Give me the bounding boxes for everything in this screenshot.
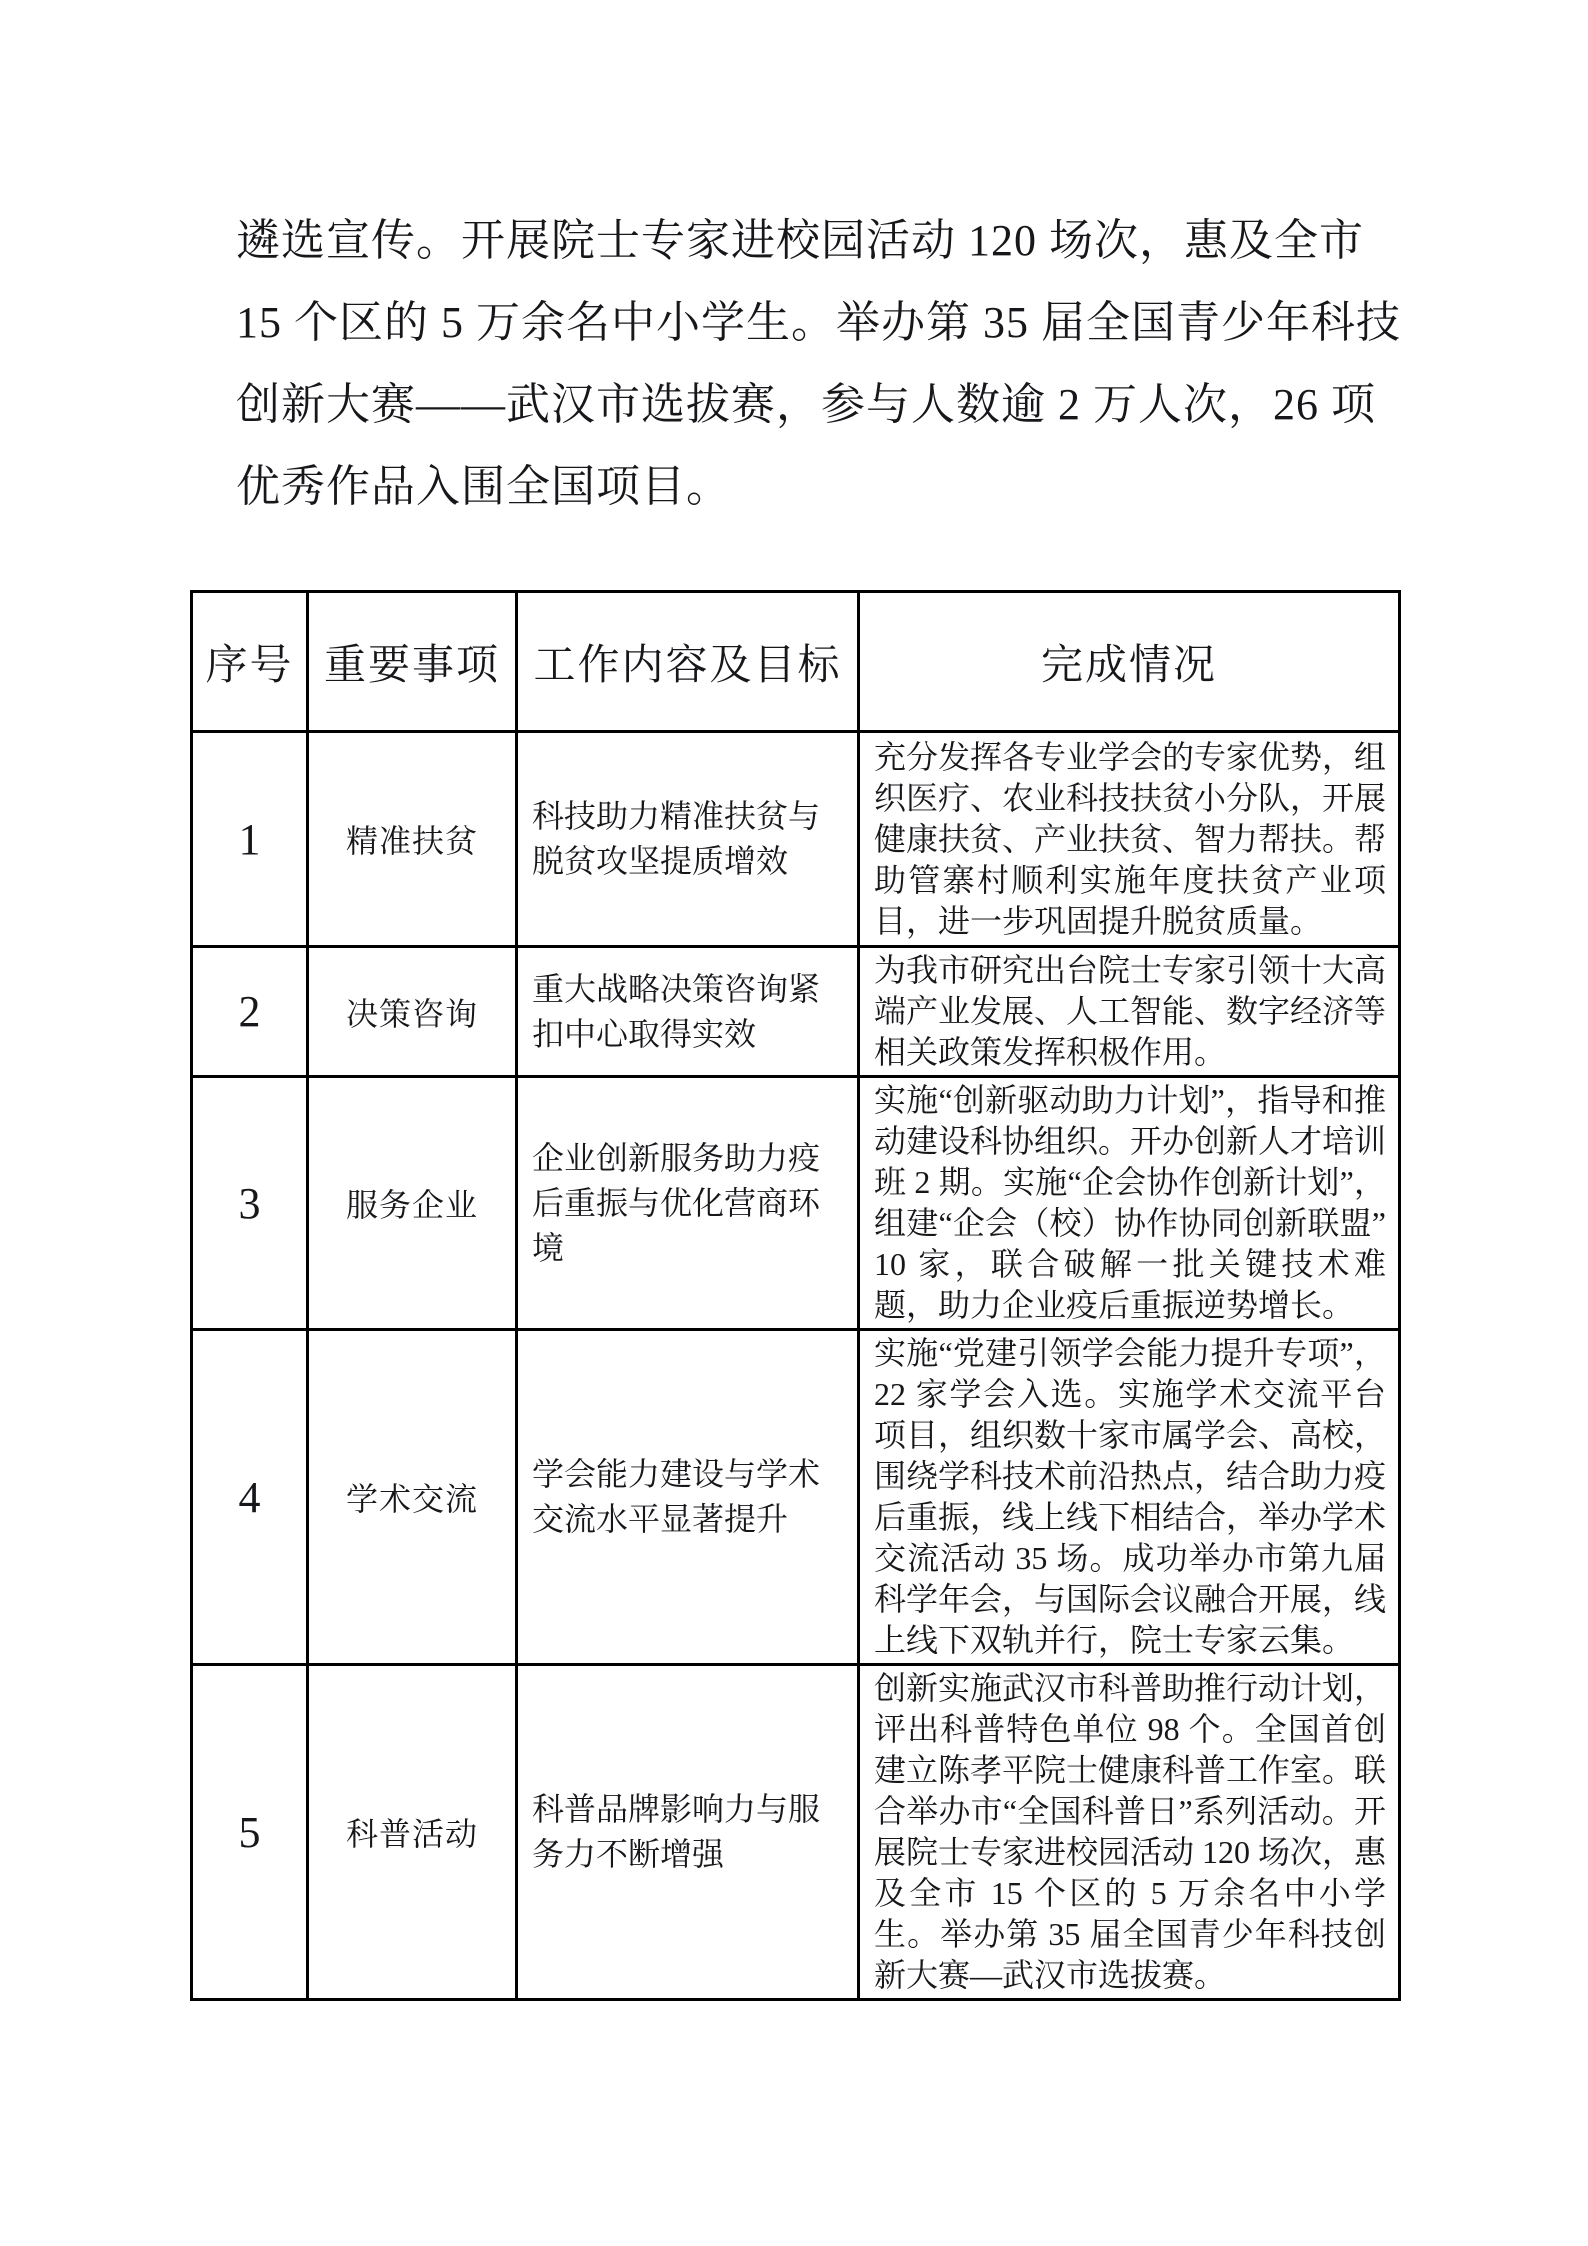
header-cell-completion-status: 完成情况 (859, 592, 1400, 732)
table-row: 4 学术交流 学会能力建设与学术 交流水平显著提升 实施“党建引领学会能力提升专… (192, 1330, 1400, 1665)
cell-goal: 科技助力精准扶贫与 脱贫攻坚提质增效 (517, 732, 859, 947)
paragraph-line: 创新大赛——武汉市选拔赛，参与人数逾 2 万人次，26 项 (236, 364, 1366, 446)
cell-goal: 学会能力建设与学术 交流水平显著提升 (517, 1330, 859, 1665)
cell-status: 创新实施武汉市科普助推行动计划，评出科普特色单位 98 个。全国首创建立陈孝平院… (859, 1665, 1400, 2000)
paragraph-line: 优秀作品入围全国项目。 (236, 446, 1366, 528)
paragraph-line: 15 个区的 5 万余名中小学生。举办第 35 届全国青少年科技 (236, 282, 1366, 364)
table-row: 1 精准扶贫 科技助力精准扶贫与 脱贫攻坚提质增效 充分发挥各专业学会的专家优势… (192, 732, 1400, 947)
cell-status: 充分发挥各专业学会的专家优势，组织医疗、农业科技扶贫小分队，开展健康扶贫、产业扶… (859, 732, 1400, 947)
cell-goal: 重大战略决策咨询紧 扣中心取得实效 (517, 947, 859, 1077)
table-row: 5 科普活动 科普品牌影响力与服 务力不断增强 创新实施武汉市科普助推行动计划，… (192, 1665, 1400, 2000)
cell-goal: 企业创新服务助力疫 后重振与优化营商环 境 (517, 1077, 859, 1330)
table-row: 3 服务企业 企业创新服务助力疫 后重振与优化营商环 境 实施“创新驱动助力计划… (192, 1077, 1400, 1330)
cell-status: 实施“党建引领学会能力提升专项”，22 家学会入选。实施学术交流平台项目，组织数… (859, 1330, 1400, 1665)
document-page: 遴选宣传。开展院士专家进校园活动 120 场次，惠及全市 15 个区的 5 万余… (0, 0, 1588, 2246)
cell-item: 学术交流 (308, 1330, 517, 1665)
summary-table: 序号 重要事项 工作内容及目标 完成情况 1 精准扶贫 科技助力精准扶贫与 脱贫… (190, 590, 1401, 2001)
header-cell-important-item: 重要事项 (308, 592, 517, 732)
cell-serial: 3 (192, 1077, 308, 1330)
header-cell-work-content-goal: 工作内容及目标 (517, 592, 859, 732)
cell-goal: 科普品牌影响力与服 务力不断增强 (517, 1665, 859, 2000)
cell-status: 为我市研究出台院士专家引领十大高端产业发展、人工智能、数字经济等相关政策发挥积极… (859, 947, 1400, 1077)
cell-item: 决策咨询 (308, 947, 517, 1077)
cell-item: 科普活动 (308, 1665, 517, 2000)
header-cell-serial-number: 序号 (192, 592, 308, 732)
table-row: 2 决策咨询 重大战略决策咨询紧 扣中心取得实效 为我市研究出台院士专家引领十大… (192, 947, 1400, 1077)
cell-item: 服务企业 (308, 1077, 517, 1330)
cell-serial: 5 (192, 1665, 308, 2000)
cell-item: 精准扶贫 (308, 732, 517, 947)
cell-serial: 1 (192, 732, 308, 947)
body-paragraph: 遴选宣传。开展院士专家进校园活动 120 场次，惠及全市 15 个区的 5 万余… (236, 200, 1366, 528)
cell-serial: 4 (192, 1330, 308, 1665)
cell-serial: 2 (192, 947, 308, 1077)
paragraph-line: 遴选宣传。开展院士专家进校园活动 120 场次，惠及全市 (236, 200, 1366, 282)
cell-status: 实施“创新驱动助力计划”，指导和推动建设科协组织。开办创新人才培训班 2 期。实… (859, 1077, 1400, 1330)
table-header-row: 序号 重要事项 工作内容及目标 完成情况 (192, 592, 1400, 732)
